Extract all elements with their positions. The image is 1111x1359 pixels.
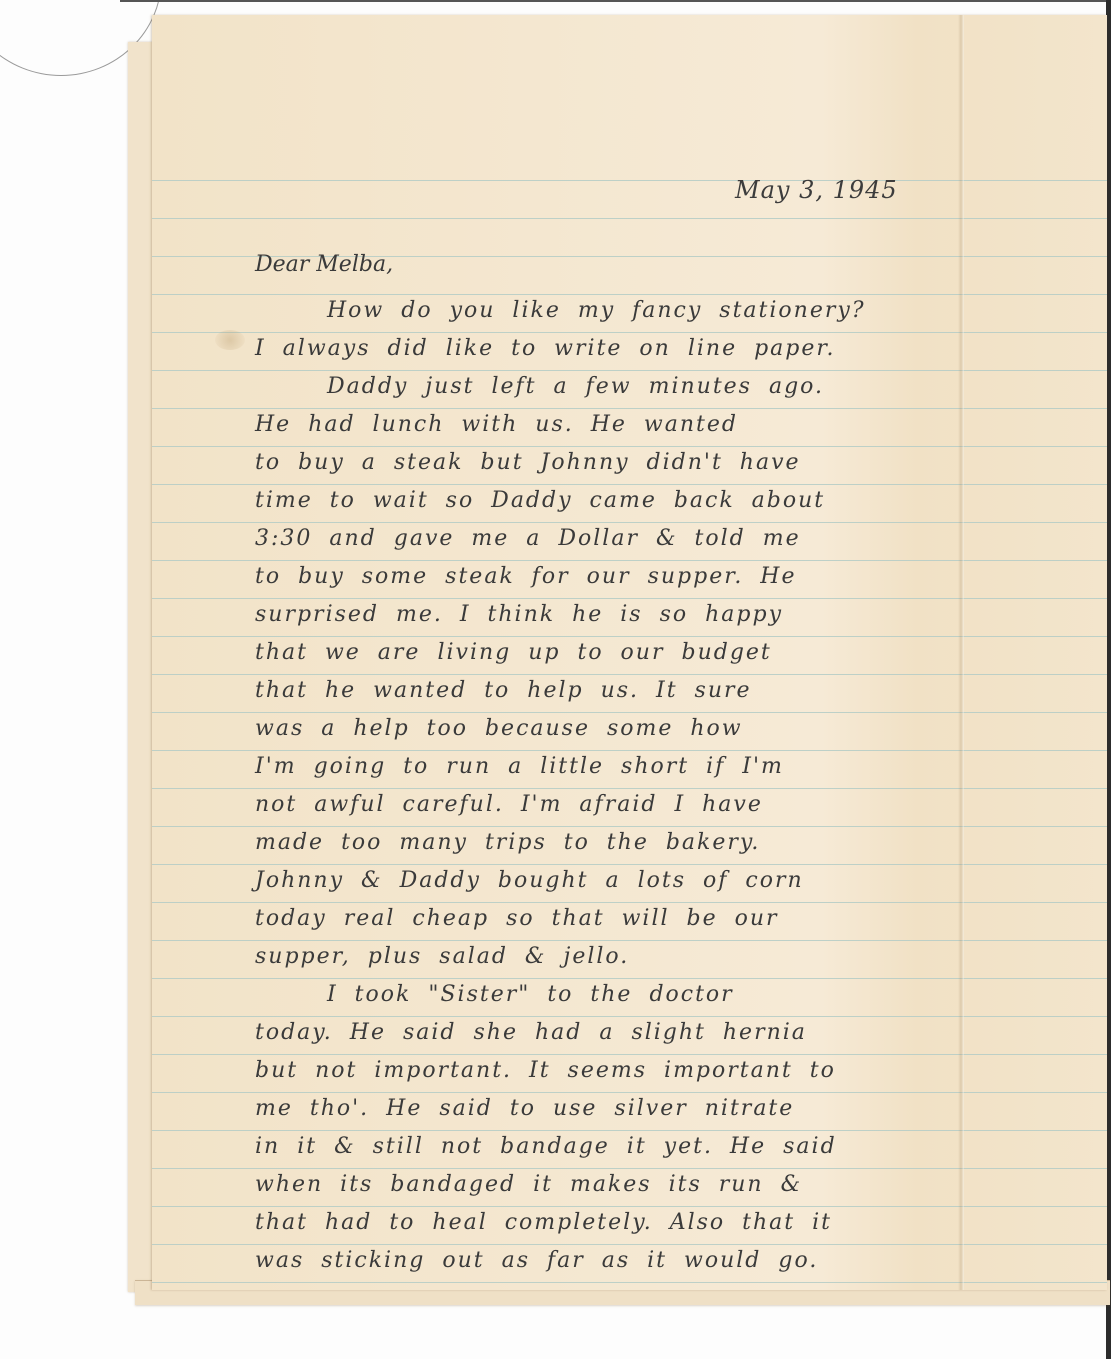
paper-stain <box>215 330 245 350</box>
letter-line: today. He said she had a slight hernia <box>255 1014 975 1052</box>
letter-body: How do you like my fancy stationery? I a… <box>255 292 975 1280</box>
letter-line: to buy a steak but Johnny didn't have <box>255 444 975 482</box>
letter-line: He had lunch with us. He wanted <box>255 406 975 444</box>
letter-line: that had to heal completely. Also that i… <box>255 1204 975 1242</box>
letter-line: was a help too because some how <box>255 710 975 748</box>
letter-line: was sticking out as far as it would go. <box>255 1242 975 1280</box>
letter-line: made too many trips to the bakery. <box>255 824 975 862</box>
scanner-edge-top <box>120 0 1111 2</box>
letter-line: How do you like my fancy stationery? <box>255 292 975 330</box>
letter-line: I took "Sister" to the doctor <box>255 976 975 1014</box>
letter-line: Johnny & Daddy bought a lots of corn <box>255 862 975 900</box>
letter-line: me tho'. He said to use silver nitrate <box>255 1090 975 1128</box>
letter-line: surprised me. I think he is so happy <box>255 596 975 634</box>
letter-date: May 3, 1945 <box>735 176 898 204</box>
letter-line: that we are living up to our budget <box>255 634 975 672</box>
letter-line: supper, plus salad & jello. <box>255 938 975 976</box>
letter-line: Daddy just left a few minutes ago. <box>255 368 975 406</box>
letter-line: I'm going to run a little short if I'm <box>255 748 975 786</box>
letter-line: that he wanted to help us. It sure <box>255 672 975 710</box>
letter-line: not awful careful. I'm afraid I have <box>255 786 975 824</box>
letter-line: to buy some steak for our supper. He <box>255 558 975 596</box>
letter-line: but not important. It seems important to <box>255 1052 975 1090</box>
letter-line: today real cheap so that will be our <box>255 900 975 938</box>
letter-line: 3:30 and gave me a Dollar & told me <box>255 520 975 558</box>
letter-line: I always did like to write on line paper… <box>255 330 975 368</box>
letter-line: when its bandaged it makes its run & <box>255 1166 975 1204</box>
salutation: Dear Melba, <box>255 252 995 277</box>
letter-line: in it & still not bandage it yet. He sai… <box>255 1128 975 1166</box>
letter-line: time to wait so Daddy came back about <box>255 482 975 520</box>
